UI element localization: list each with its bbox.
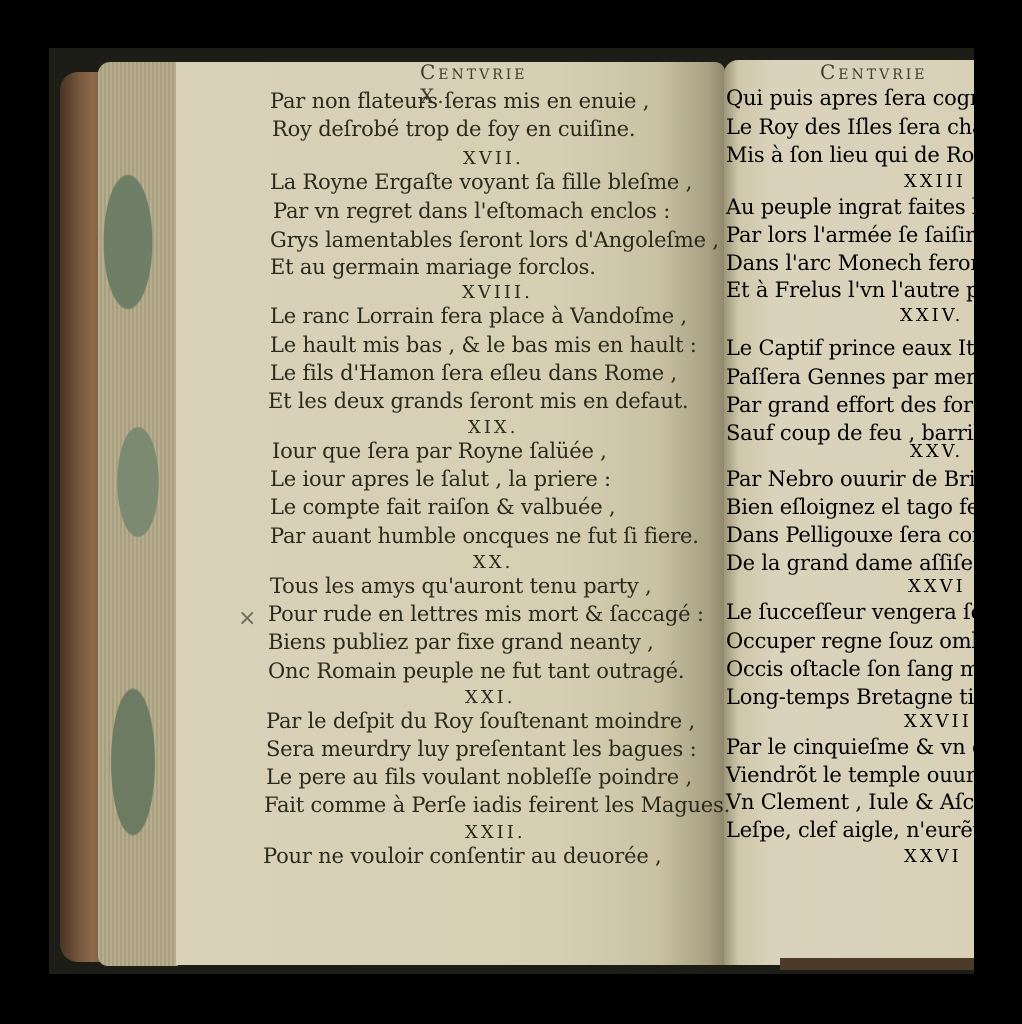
verse-line: Le ranc Lorrain fera place à Vandoſme , (270, 306, 687, 327)
verse-line: Par le cinquieſme & vn gr (726, 737, 974, 758)
verse-line: Par non flateurs ſeras mis en enuie , (270, 91, 649, 112)
quatrain-number: XXVI (904, 846, 962, 867)
verse-line: Et les deux grands ſeront mis en defaut. (268, 391, 688, 412)
quatrain-number: XXV. (910, 441, 963, 462)
quatrain-number: XXIV. (900, 305, 963, 326)
verse-line: Mis à ſon lieu qui de Roy (726, 145, 974, 166)
verse-line: Pour ne vouloir conſentir au deuorée , (263, 846, 662, 867)
verse-line: Par grand effort des foren (726, 395, 974, 416)
verse-line: Grys lamentables ſeront lors d'Angoleſme… (270, 230, 719, 251)
verse-line: Tous les amys qu'auront tenu party , (270, 576, 652, 597)
verse-line: Au peuple ingrat faites le (726, 197, 974, 218)
verse-line: Leſpe, clef aigle, n'eurẽt (726, 820, 974, 841)
verse-line: Paſſera Gennes par mer iu (726, 367, 974, 388)
verse-line: La Royne Ergaſte voyant ſa fille bleſme … (270, 172, 692, 193)
verse-line: Le Roy des Iſles ſera chaſſ (726, 117, 974, 138)
verse-line: Sera meurdry luy preſentant les bagues : (266, 739, 696, 760)
verse-line: Par auant humble oncques ne fut ſi fiere… (270, 526, 699, 547)
margin-annotation-x: × (238, 606, 256, 631)
verse-line: Le hault mis bas , & le bas mis en hault… (270, 335, 697, 356)
verse-line: Viendrõt le temple ouuri (726, 765, 974, 786)
verse-line: Le iour apres le ſalut , la priere : (270, 469, 611, 490)
verse-line: Le fils d'Hamon ſera eſleu dans Rome , (270, 363, 677, 384)
verse-line: Roy deſrobé trop de foy en cuiſine. (272, 119, 635, 140)
verse-line: De la grand dame aſſiſe ſu (726, 553, 974, 574)
verse-line: Pour rude en lettres mis mort & ſaccagé … (268, 604, 704, 625)
verse-line: Biens publiez par fixe grand neanty , (268, 632, 654, 653)
verse-line: Dans Pelligouxe ſera com (726, 525, 974, 546)
verse-line: Le compte fait raiſon & valbuée , (270, 497, 615, 518)
quatrain-number: XXI. (465, 687, 515, 708)
quatrain-number: XXVI (908, 576, 966, 597)
verse-line: Iour que ſera par Royne ſalüée , (272, 441, 607, 462)
verse-line: Par Nebro ouurir de Briſ (726, 469, 974, 490)
verse-line: Le pere au fils voulant nobleſſe poindre… (266, 767, 692, 788)
verse-line: Qui puis apres ſera cogne (726, 88, 974, 109)
verse-line: Bien eſloignez el tago fera (726, 497, 974, 518)
quatrain-number: XIX. (468, 417, 518, 438)
running-head: Centvrie (820, 60, 928, 84)
verse-line: Et à Frelus l'vn l'autre pre (726, 280, 974, 301)
quatrain-number: XX. (473, 552, 513, 573)
quatrain-number: XVII. (463, 148, 524, 169)
verse-line: Onc Romain peuple ne fut tant outragé. (268, 661, 684, 682)
verse-line: Le Captif prince eaux Ita (726, 338, 974, 359)
right-page-text: Centvrie Qui puis apres ſera cogne Le Ro… (724, 60, 974, 965)
verse-line: Et au germain mariage forclos. (270, 257, 596, 278)
verse-line: Fait comme à Perſe iadis feirent les Mag… (264, 795, 730, 816)
marbled-fore-edge (98, 62, 178, 966)
verse-line: Par lors l'armée ſe ſaiſira (726, 225, 974, 246)
quatrain-number: XVIII. (462, 282, 533, 303)
verse-line: Par le deſpit du Roy ſouſtenant moindre … (266, 711, 695, 732)
verse-line: Occis oſtacle ſon ſang mo (726, 659, 974, 680)
verse-line: Long-temps Bretagne tie (726, 687, 974, 708)
quatrain-number: XXIII (904, 171, 966, 192)
verse-line: Le ſucceſſeur vengera ſon (726, 602, 974, 623)
verse-line: Dans l'arc Monech feron (726, 253, 974, 274)
quatrain-number: XXVII (904, 711, 972, 732)
verse-line: Vn Clement , Iule & Aſc (726, 792, 974, 813)
quatrain-number: XXII. (465, 822, 526, 843)
verse-line: Par vn regret dans l'eſtomach enclos : (273, 201, 670, 222)
verse-line: Occuper regne ſouz omb (726, 631, 974, 652)
